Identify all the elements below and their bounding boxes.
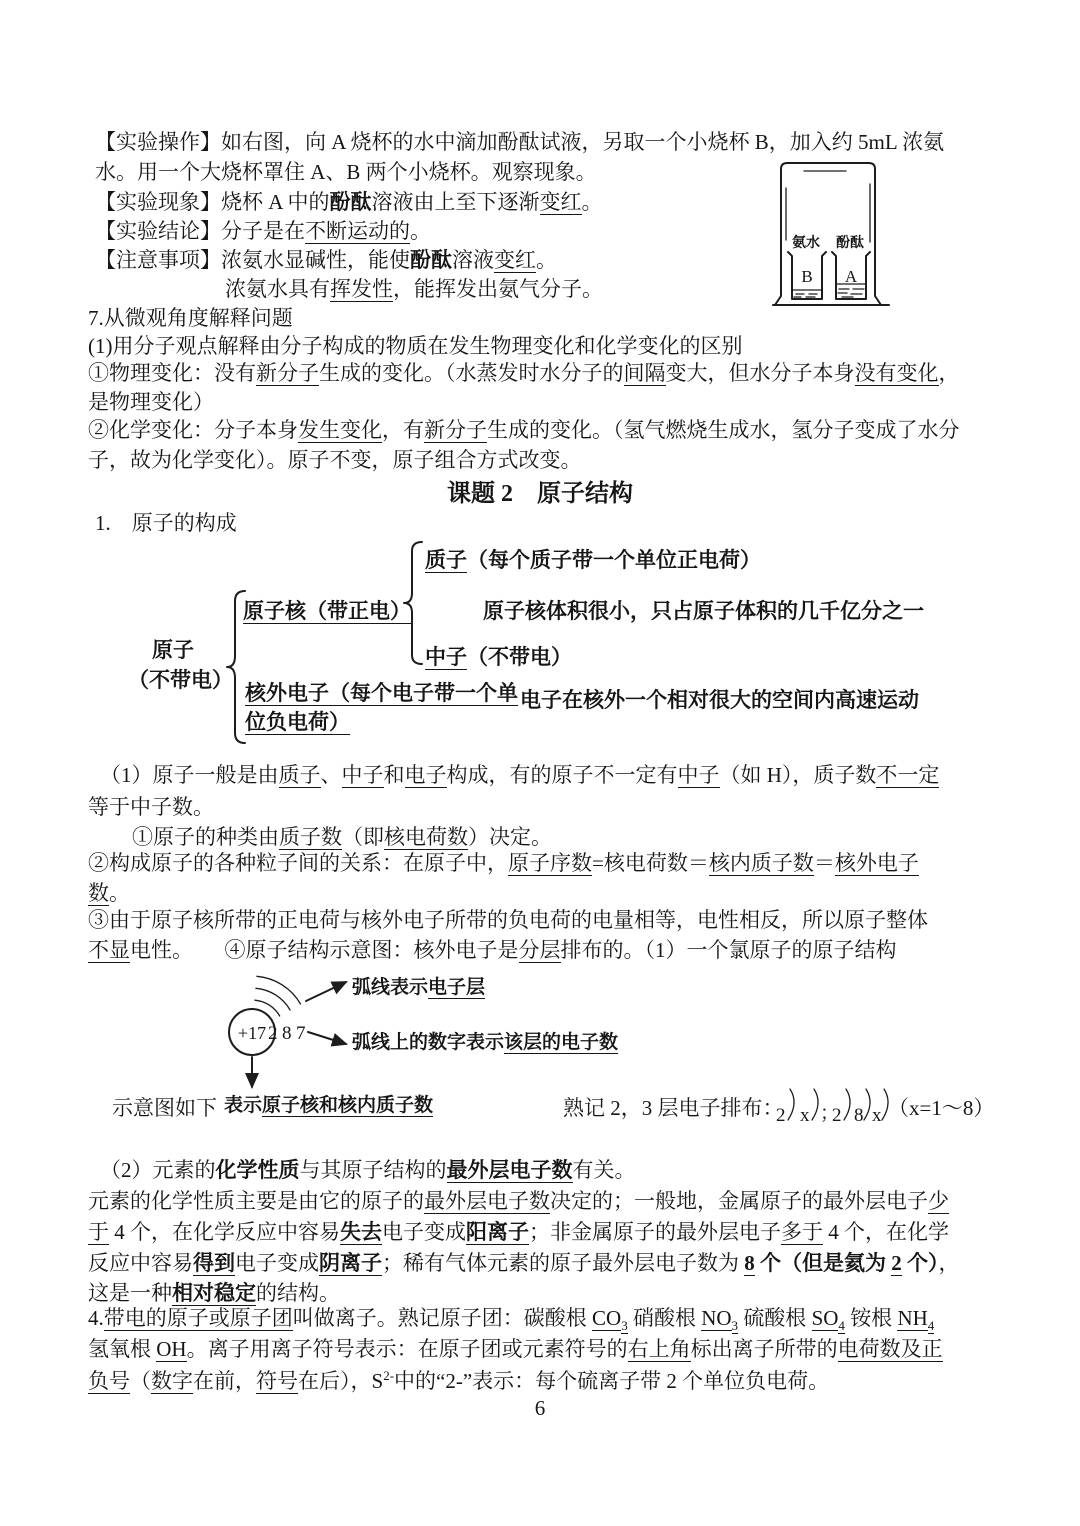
outer-electron-line-3: 反应中容易得到电子变成阴离子；稀有气体元素的原子最外层电子数为 8 个（但是氦为… (88, 1251, 960, 1277)
atom-composition-title: 1. 原子的构成 (95, 511, 237, 537)
arrow-to-shell-label (306, 982, 346, 1001)
notation-arc (844, 1089, 850, 1120)
outer-electron-line-4: 这是一种相对稳定的结构。 (88, 1281, 340, 1307)
arrow-to-number-label (308, 1032, 346, 1044)
physical-change-line-1: ①物理变化：没有新分子生成的变化。（水蒸发时水分子的间隔变大，但水分子本身没有变… (88, 361, 960, 387)
notation-number: 8 (854, 1105, 864, 1126)
beaker-a-letter: A (845, 267, 858, 286)
tree-proton-label: 质子（每个质子带一个单位正电荷） (425, 548, 761, 574)
notation-arc (864, 1089, 870, 1120)
tree-brace-large (226, 590, 248, 746)
ion-line-2: 氢氧根 OH。离子用离子符号表示：在原子团或元素符号的右上角标出离子所带的电荷数… (88, 1337, 943, 1363)
exp-note-line-1: 【注意事项】浓氨水显碱性，能使酚酞溶液变红。 (95, 248, 557, 274)
neutrality-line-2: 不显电性。 ④原子结构示意图：核外电子是分层排布的。（1）一个氯原子的原子结构 (88, 938, 897, 964)
beaker-b-letter: B (801, 267, 812, 286)
document-page: 【实验操作】如右图，向 A 烧杯的水中滴加酚酞试液，另取一个小烧杯 B，加入约 … (0, 0, 1080, 1526)
exp-note-line-2: 浓氨水具有挥发性，能挥发出氨气分子。 (225, 277, 603, 303)
physical-change-line-2: 是物理变化） (88, 390, 214, 416)
phenolphthalein-label: 酚酞 (836, 234, 864, 251)
section-heading: 课题 2 原子结构 (0, 480, 1080, 509)
tree-electron-label-1: 核外电子（每个电子带一个单 (245, 681, 518, 707)
particle-relation-line-1: ②构成原子的各种粒子间的关系：在原子中，原子序数=核电荷数＝核内质子数＝核外电子 (88, 851, 919, 877)
shell-count-3: 7 (296, 1023, 306, 1044)
chemical-property-line: （2）元素的化学性质与其原子结构的最外层电子数有关。 (100, 1158, 636, 1184)
chemical-change-line-1: ②化学变化：分子本身发生变化，有新分子生成的变化。（氢气燃烧生成水，氢分子变成了… (88, 418, 960, 444)
page-number: 6 (0, 1396, 1080, 1422)
atom-parts-line-1: （1）原子一般是由质子、中子和电子构成，有的原子不一定有中子（如 H），质子数不… (100, 763, 939, 789)
tree-atom-label: 原子 (152, 638, 194, 664)
schematic-caption: 示意图如下 (112, 1096, 217, 1122)
shell-count-1: 2 (268, 1023, 278, 1044)
tree-brace-small (403, 541, 425, 667)
notation-number: 2 (776, 1105, 786, 1126)
electron-shell-arc-2 (256, 988, 290, 1010)
electron-arrangement-notation: 2 x ； 2 8 x (772, 1085, 886, 1131)
exp-phenomenon-line: 【实验现象】烧杯 A 中的酚酞溶液由上至下逐渐变红。 (95, 190, 603, 216)
nucleus-charge: +17 (238, 1023, 266, 1043)
chlorine-atom-diagram: +17 2 8 7 (215, 965, 385, 1100)
tree-nucleus-label: 原子核（带正电） (243, 599, 411, 625)
memorize-shells-label: 熟记 2，3 层电子排布： (563, 1096, 784, 1122)
exp-operation-line-1: 【实验操作】如右图，向 A 烧杯的水中滴加酚酞试液，另取一个小烧杯 B，加入约 … (95, 130, 944, 156)
memorize-shells-range: （x=1～8） (888, 1096, 994, 1122)
atom-kind-line: ①原子的种类由质子数（即核电荷数）决定。 (132, 825, 552, 851)
tree-neutron-label: 中子（不带电） (425, 645, 572, 671)
ion-line-1: 4.带电的原子或原子团叫做离子。熟记原子团：碳酸根 CO3 硝酸根 NO3 硫酸… (88, 1306, 934, 1334)
beaker-experiment-diagram: 氨水 酚酞 B A (772, 158, 897, 310)
notation-arc (788, 1089, 794, 1120)
exp-conclusion-line: 【实验结论】分子是在不断运动的。 (95, 219, 431, 245)
notation-number: x (800, 1105, 810, 1126)
outer-electron-line-2: 于 4 个，在化学反应中容易失去电子变成阳离子；非金属原子的最外层电子多于 4 … (88, 1220, 949, 1246)
tree-electron-label-2: 位负电荷） (245, 710, 350, 736)
section-7-sub-1: (1)用分子观点解释由分子构成的物质在发生物理变化和化学变化的区别 (88, 334, 742, 360)
beaker-b-liquid-dashes (794, 294, 817, 297)
particle-relation-line-2: 数。 (88, 881, 130, 907)
outer-electron-line-1: 元素的化学性质主要是由它的原子的最外层电子数决定的；一般地，金属原子的最外层电子… (88, 1189, 949, 1215)
tree-electron-note: 电子在核外一个相对很大的空间内高速运动 (520, 688, 919, 714)
neutrality-line-1: ③由于原子核所带的正电荷与核外电子所带的负电荷的电量相等，电性相反，所以原子整体 (88, 908, 928, 934)
arc-number-label: 弧线上的数字表示该层的电子数 (352, 1031, 618, 1054)
ammonia-water-label: 氨水 (792, 234, 820, 251)
notation-arc (812, 1089, 818, 1120)
ion-line-3: 负号（数字在前，符号在后），S2-中的“2-”表示：每个硫离子带 2 个单位负电… (88, 1368, 829, 1395)
shell-count-2: 8 (282, 1023, 292, 1044)
exp-operation-line-2: 水。用一个大烧杯罩住 A、B 两个小烧杯。观察现象。 (95, 160, 597, 186)
beaker-a-liquid-dashes (838, 289, 864, 297)
chemical-change-line-2: 子，故为化学变化）。原子不变，原子组合方式改变。 (88, 448, 582, 474)
section-7-title: 7.从微观角度解释问题 (88, 306, 293, 332)
tree-nucleus-note: 原子核体积很小，只占原子体积的几千亿分之一 (483, 599, 924, 625)
tree-atom-label-2: （不带电） (128, 668, 233, 694)
atom-parts-line-2: 等于中子数。 (88, 795, 214, 821)
notation-number: x (872, 1105, 882, 1126)
notation-number: 2 (832, 1105, 842, 1126)
